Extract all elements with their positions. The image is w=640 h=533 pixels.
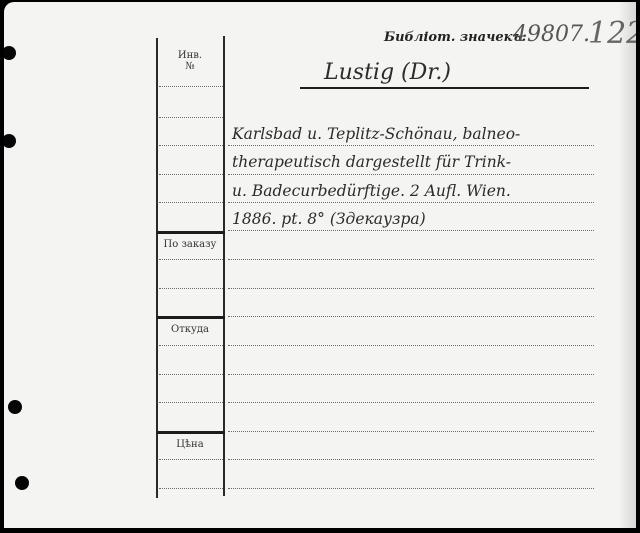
- section-divider: [157, 431, 225, 434]
- card-edge-shadow: [618, 2, 636, 528]
- catalog-card: Библіот. значекъ: 49807. 122 Инв. № По з…: [4, 2, 636, 528]
- title-line: u. Badecurbedürftige. 2 Aufl. Wien.: [232, 182, 511, 200]
- left-ruled-line: [159, 86, 223, 87]
- ruled-line: [228, 202, 594, 203]
- source-label: Откуда: [157, 324, 223, 335]
- ruled-line: [228, 288, 594, 289]
- ruled-line: [228, 145, 594, 146]
- author-name: Lustig (Dr.): [324, 60, 451, 85]
- punch-hole: [15, 476, 29, 490]
- inventory-label: Инв. №: [157, 50, 223, 72]
- ruled-line: [228, 230, 594, 231]
- ruled-line: [228, 316, 594, 317]
- left-ruled-line: [159, 459, 223, 460]
- left-ruled-line: [159, 345, 223, 346]
- shelf-number: 122: [588, 16, 636, 51]
- ruled-line: [228, 488, 594, 489]
- price-label: Цѣна: [157, 439, 223, 450]
- left-ruled-line: [159, 145, 223, 146]
- ruled-line: [228, 459, 594, 460]
- left-ruled-line: [159, 488, 223, 489]
- ruled-line: [228, 374, 594, 375]
- punch-hole: [8, 400, 22, 414]
- left-ruled-line: [159, 259, 223, 260]
- column-divider: [223, 36, 225, 496]
- library-mark-value: 49807.: [513, 22, 590, 47]
- order-label: По заказу: [157, 239, 223, 250]
- title-line: Karlsbad u. Teplitz-Schönau, balneo-: [232, 125, 520, 143]
- left-ruled-line: [159, 117, 223, 118]
- left-column-border: [156, 38, 158, 498]
- left-ruled-line: [159, 402, 223, 403]
- author-underline: [300, 87, 589, 89]
- ruled-line: [228, 431, 594, 432]
- title-line: therapeutisch dargestellt für Trink-: [232, 153, 511, 171]
- section-divider: [157, 316, 225, 319]
- library-mark-label: Библіот. значекъ:: [384, 30, 527, 45]
- left-ruled-line: [159, 374, 223, 375]
- punch-hole: [4, 46, 16, 60]
- ruled-line: [228, 402, 594, 403]
- section-divider: [157, 231, 225, 234]
- left-ruled-line: [159, 202, 223, 203]
- left-ruled-line: [159, 288, 223, 289]
- title-line: 1886. pt. 8° (Здекаузра): [232, 210, 426, 228]
- ruled-line: [228, 174, 594, 175]
- left-ruled-line: [159, 174, 223, 175]
- punch-hole: [4, 134, 16, 148]
- ruled-line: [228, 259, 594, 260]
- ruled-line: [228, 345, 594, 346]
